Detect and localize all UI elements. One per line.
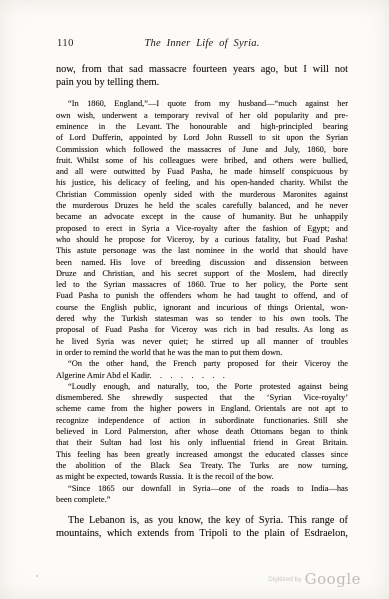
- page-header: 110 The Inner Life of Syria.: [0, 0, 389, 54]
- text-line: Fuad Pasha to punish the offenders whom …: [56, 290, 348, 301]
- text-line: proposal of Fuad Pasha for Viceroy was r…: [56, 324, 348, 335]
- text-line: “Since 1865 our downfall in Syria—one of…: [56, 483, 348, 494]
- page-body: now, from that sad massacre fourteen yea…: [56, 63, 348, 541]
- text-line: mountains, which extends from Tripoli to…: [56, 527, 348, 540]
- book-page: 110 The Inner Life of Syria. now, from t…: [0, 0, 389, 599]
- text-line: course the English public, ignorant and …: [56, 302, 348, 313]
- text-line: he lived Syria was never quiet; he stirr…: [56, 336, 348, 347]
- text-line: Algerine Amir Abd el Kadir. . . . . . . …: [56, 370, 348, 381]
- text-line: own wish, underwent a temporary revival …: [56, 110, 348, 121]
- text-line: The Lebanon is, as you know, the key of …: [56, 514, 348, 527]
- text-line: the abolition of the Black Sea Treaty. T…: [56, 460, 348, 471]
- text-line: been complete.”: [56, 494, 348, 505]
- text-line: eminence in the Levant. The honourable a…: [56, 121, 348, 132]
- paragraph: now, from that sad massacre fourteen yea…: [56, 63, 348, 89]
- text-line: Christian Commission openly sided with t…: [56, 189, 348, 200]
- paragraph: The Lebanon is, as you know, the key of …: [56, 514, 348, 540]
- text-line: believed in Lord Palmerston, after whose…: [56, 426, 348, 437]
- text-line: his justice, his delicacy of feeling, an…: [56, 177, 348, 188]
- watermark: Digitized byGoogle: [268, 570, 361, 589]
- text-line: “In 1860, England,”—I quote from my husb…: [56, 98, 348, 109]
- text-line: of Lord Dufferin, appointed by Lord John…: [56, 132, 348, 143]
- text-line: proposed to erect in Syria a Vice-royalt…: [56, 223, 348, 234]
- text-line: Druze and Christian, and his secret supp…: [56, 268, 348, 279]
- paragraph: “On the other hand, the French party pro…: [56, 358, 348, 381]
- text-line: been named. His love of breeding discuss…: [56, 257, 348, 268]
- text-line: that their Sultan had lost his only infl…: [56, 437, 348, 448]
- text-line: and all were outwitted by Fuad Pasha, he…: [56, 166, 348, 177]
- paragraph: “In 1860, England,”—I quote from my husb…: [56, 98, 348, 358]
- text-line: in order to remind the world that he was…: [56, 347, 348, 358]
- text-line: now, from that sad massacre fourteen yea…: [56, 63, 348, 76]
- text-line: dismembered. She shrewdly suspected that…: [56, 392, 348, 403]
- text-line: who should he propose for Viceroy, by a …: [56, 234, 348, 245]
- text-line: “On the other hand, the French party pro…: [56, 358, 348, 369]
- text-line: as might be expected, towards Russia. It…: [56, 471, 348, 482]
- google-logo: Google: [305, 570, 361, 588]
- scan-speck: [36, 575, 38, 577]
- text-line: dered why the Turkish statesman was so t…: [56, 313, 348, 324]
- text-line: Commission which followed the massacres …: [56, 144, 348, 155]
- text-line: the murderous Druzes he held the scales …: [56, 200, 348, 211]
- running-title: The Inner Life of Syria.: [56, 38, 348, 49]
- text-line: “Loudly enough, and naturally, too, the …: [56, 381, 348, 392]
- text-line: recognize independence of action in subo…: [56, 415, 348, 426]
- text-line: This astute personage was the last nomin…: [56, 245, 348, 256]
- text-line: This feeling has been greatly increased …: [56, 449, 348, 460]
- watermark-prefix: Digitized by: [268, 576, 302, 583]
- text-line: became an advocate except in the cause o…: [56, 211, 348, 222]
- text-line: pain you by telling them.: [56, 76, 348, 89]
- text-line: fruit. Whilst some of his colleagues wer…: [56, 155, 348, 166]
- text-line: scheme came from the higher powers in En…: [56, 403, 348, 414]
- paragraph: “Loudly enough, and naturally, too, the …: [56, 381, 348, 483]
- text-line: led to the Syrian massacres of 1860. Tru…: [56, 279, 348, 290]
- paragraph: “Since 1865 our downfall in Syria—one of…: [56, 483, 348, 506]
